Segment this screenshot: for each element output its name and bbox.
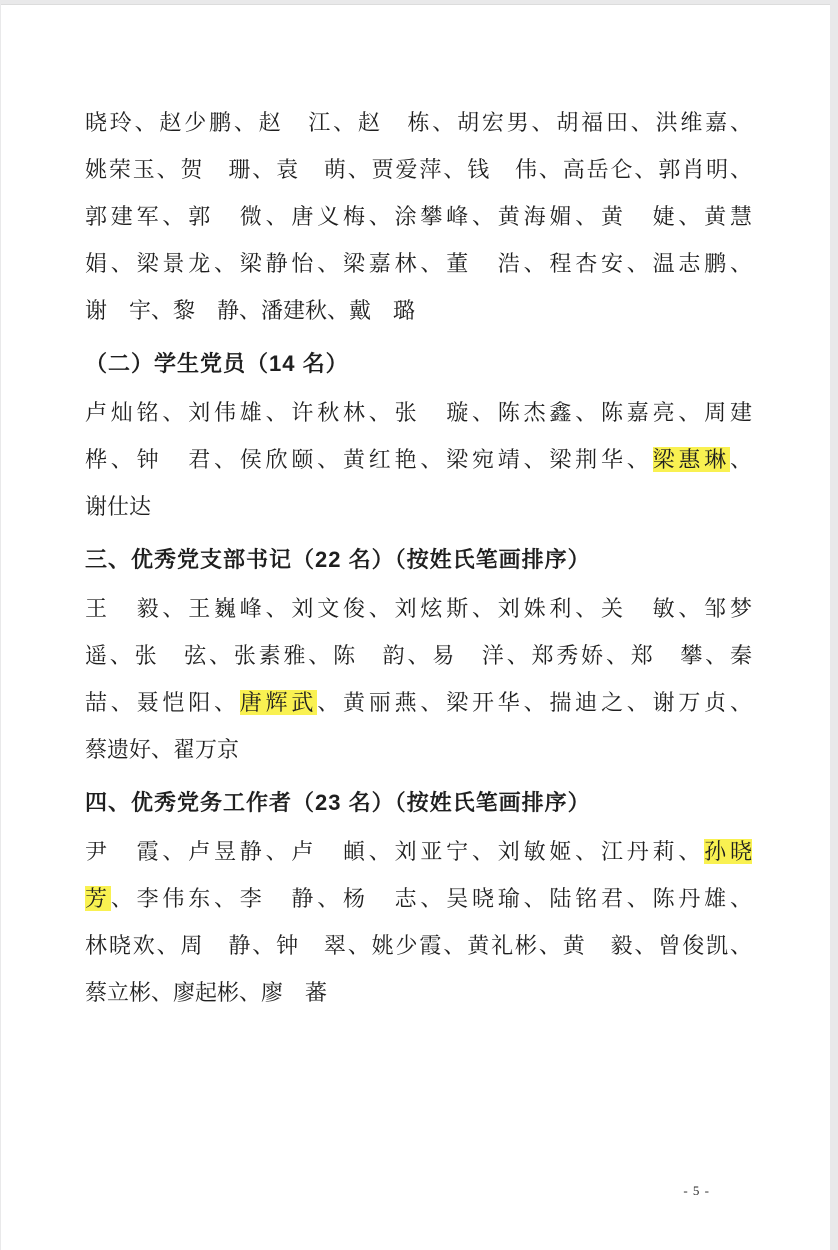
document-viewer: 晓玲、赵少鹏、赵 江、赵 栋、胡宏男、胡福田、洪维嘉、姚荣玉、贺 珊、袁 萌、贾… [0, 0, 838, 1250]
text-segment: 林晓欢、周 静、钟 翠、姚少霞、黄礼彬、黄 毅、曾俊凯、 [85, 933, 752, 958]
text-line: 王 毅、王巍峰、刘文俊、刘炫斯、刘姝利、关 敏、邹梦 [85, 585, 752, 632]
page-number: - 5 - [683, 1183, 710, 1199]
text-line: 娟、梁景龙、梁静怡、梁嘉林、董 浩、程杏安、温志鹏、 [85, 240, 752, 287]
text-segment: 三、优秀党支部书记（22 名）（按姓氏笔画排序） [85, 547, 591, 572]
text-line: 谢仕达 [85, 483, 752, 530]
text-segment: 四、优秀党务工作者（23 名）（按姓氏笔画排序） [85, 790, 591, 815]
text-segment: 郭建军、郭 微、唐义梅、涂攀峰、黄海媚、黄 婕、黄慧 [85, 204, 752, 229]
text-segment: 桦、钟 君、侯欣颐、黄红艳、梁宛靖、梁荆华、 [85, 447, 653, 472]
text-segment: 、李伟东、李 静、杨 志、吴晓瑜、陆铭君、陈丹雄、 [111, 886, 752, 911]
text-segment: 谢 宇、黎 静、潘建秋、戴 璐 [85, 298, 415, 323]
text-segment: （二）学生党员（14 名） [85, 351, 349, 376]
highlighted-name: 孙晓 [704, 839, 752, 864]
text-segment: 蔡遗好、翟万京 [85, 737, 239, 762]
highlighted-name: 梁惠琳 [653, 447, 730, 472]
text-segment: 晓玲、赵少鹏、赵 江、赵 栋、胡宏男、胡福田、洪维嘉、 [85, 110, 752, 135]
document-page: 晓玲、赵少鹏、赵 江、赵 栋、胡宏男、胡福田、洪维嘉、姚荣玉、贺 珊、袁 萌、贾… [1, 4, 830, 1250]
text-segment: 、 [730, 447, 752, 472]
text-segment: 王 毅、王巍峰、刘文俊、刘炫斯、刘姝利、关 敏、邹梦 [85, 596, 752, 621]
viewer-edge-right [830, 0, 838, 1250]
section-heading: 三、优秀党支部书记（22 名）（按姓氏笔画排序） [85, 536, 752, 583]
text-line: 尹 霞、卢昱静、卢 頔、刘亚宁、刘敏姬、江丹莉、孙晓 [85, 828, 752, 875]
text-line: 遥、张 弦、张素雅、陈 韵、易 洋、郑秀娇、郑 攀、秦 [85, 632, 752, 679]
text-segment: 喆、聂恺阳、 [85, 690, 240, 715]
text-segment: 谢仕达 [85, 494, 151, 519]
text-line: 谢 宇、黎 静、潘建秋、戴 璐 [85, 287, 752, 334]
text-segment: 、黄丽燕、梁开华、揣迪之、谢万贞、 [317, 690, 752, 715]
text-line: 蔡遗好、翟万京 [85, 726, 752, 773]
section-heading: 四、优秀党务工作者（23 名）（按姓氏笔画排序） [85, 779, 752, 826]
text-segment: 遥、张 弦、张素雅、陈 韵、易 洋、郑秀娇、郑 攀、秦 [85, 643, 752, 668]
text-line: 姚荣玉、贺 珊、袁 萌、贾爱萍、钱 伟、高岳仑、郭肖明、 [85, 146, 752, 193]
text-line: 蔡立彬、廖起彬、廖 蕃 [85, 969, 752, 1016]
text-line: 喆、聂恺阳、唐辉武、黄丽燕、梁开华、揣迪之、谢万贞、 [85, 679, 752, 726]
section-heading: （二）学生党员（14 名） [85, 340, 752, 387]
text-line: 卢灿铭、刘伟雄、许秋林、张 璇、陈杰鑫、陈嘉亮、周建 [85, 389, 752, 436]
text-line: 芳、李伟东、李 静、杨 志、吴晓瑜、陆铭君、陈丹雄、 [85, 875, 752, 922]
text-line: 郭建军、郭 微、唐义梅、涂攀峰、黄海媚、黄 婕、黄慧 [85, 193, 752, 240]
text-line: 晓玲、赵少鹏、赵 江、赵 栋、胡宏男、胡福田、洪维嘉、 [85, 99, 752, 146]
text-line: 桦、钟 君、侯欣颐、黄红艳、梁宛靖、梁荆华、梁惠琳、 [85, 436, 752, 483]
text-segment: 娟、梁景龙、梁静怡、梁嘉林、董 浩、程杏安、温志鹏、 [85, 251, 752, 276]
highlighted-name: 芳 [85, 886, 111, 911]
text-segment: 姚荣玉、贺 珊、袁 萌、贾爱萍、钱 伟、高岳仑、郭肖明、 [85, 157, 752, 182]
text-line: 林晓欢、周 静、钟 翠、姚少霞、黄礼彬、黄 毅、曾俊凯、 [85, 922, 752, 969]
text-segment: 蔡立彬、廖起彬、廖 蕃 [85, 980, 327, 1005]
text-segment: 尹 霞、卢昱静、卢 頔、刘亚宁、刘敏姬、江丹莉、 [85, 839, 704, 864]
highlighted-name: 唐辉武 [240, 690, 317, 715]
document-content: 晓玲、赵少鹏、赵 江、赵 栋、胡宏男、胡福田、洪维嘉、姚荣玉、贺 珊、袁 萌、贾… [1, 5, 830, 1016]
text-segment: 卢灿铭、刘伟雄、许秋林、张 璇、陈杰鑫、陈嘉亮、周建 [85, 400, 752, 425]
